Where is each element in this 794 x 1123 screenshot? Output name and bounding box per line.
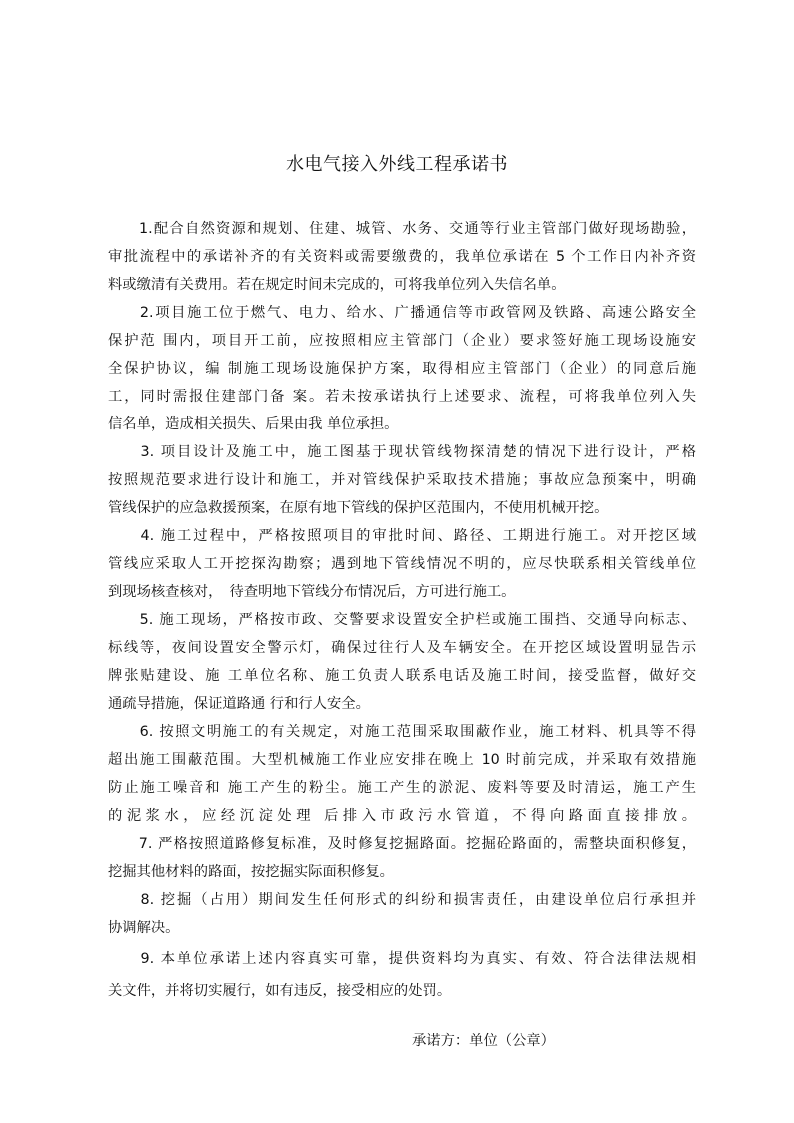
paragraph-line: 4. 施工过程中，严格按照项目的审批时间、路径、工期进行施工。对开挖区域 <box>108 525 696 545</box>
paragraph-line: 2.项目施工位于燃气、电力、给水、广播通信等市政管网及铁路、高速公路安全 <box>108 302 696 322</box>
paragraph-line: 牌张贴建设、施 工单位名称、施工负责人联系电话及施工时间，接受监督，做好交 <box>108 665 696 685</box>
paragraph-line: 9. 本单位承诺上述内容真实可靠，提供资料均为真实、有效、符合法律法规相 <box>108 948 696 968</box>
document-page: 水电气接入外线工程承诺书 1.配合自然资源和规划、住建、城管、水务、交通等行业主… <box>0 0 794 1123</box>
paragraph-line: 协调解决。 <box>108 917 696 937</box>
paragraph-line: 5. 施工现场，严格按市政、交警要求设置安全护栏或施工围挡、交通导向标志、 <box>108 609 696 629</box>
paragraph-line: 按照规范要求进行设计和施工，并对管线保护采取技术措施；事故应急预案中，明确 <box>108 469 696 489</box>
paragraph-line: 的泥浆水，应经沉淀处理 后排入市政污水管道，不得向路面直接排放。 <box>108 805 696 825</box>
paragraph-line: 管线保护的应急救援预案，在原有地下管线的保护区范围内，不使用机械开挖。 <box>108 497 696 517</box>
paragraph-line: 超出施工围蔽范围。大型机械施工作业应安排在晚上 10 时前完成，并采取有效措施 <box>108 749 696 769</box>
paragraph-line: 信名单，造成相关损失、后果由我 单位承担。 <box>108 413 696 433</box>
paragraph-line: 6. 按照文明施工的有关规定，对施工范围采取围蔽作业，施工材料、机具等不得 <box>108 721 696 741</box>
paragraph-line: 1.配合自然资源和规划、住建、城管、水务、交通等行业主管部门做好现场勘验， <box>108 218 696 238</box>
paragraph-line: 标线等，夜间设置安全警示灯，确保过往行人及车辆安全。在开挖区域设置明显告示 <box>108 637 696 657</box>
paragraph-line: 8. 挖掘（占用）期间发生任何形式的纠纷和损害责任，由建设单位启行承担并 <box>108 889 696 909</box>
paragraph-line: 通疏导措施，保证道路通 行和行人安全。 <box>108 693 696 713</box>
paragraph-line: 管线应采取人工开挖探沟勘察；遇到地下管线情况不明的，应尽快联系相关管线单位 <box>108 553 696 573</box>
paragraph-line: 工，同时需报住建部门备 案。若未按承诺执行上述要求、流程，可将我单位列入失 <box>108 386 696 406</box>
paragraph-line: 挖掘其他材料的路面，按挖掘实际面积修复。 <box>108 861 696 881</box>
paragraph-line: 防止施工噪音和 施工产生的粉尘。施工产生的淤泥、废料等要及时清运，施工产生 <box>108 777 696 797</box>
document-title: 水电气接入外线工程承诺书 <box>0 150 794 176</box>
paragraph-line: 关文件，并将切实履行，如有违反，接受相应的处罚。 <box>108 980 696 1000</box>
paragraph-line: 7. 严格按照道路修复标准，及时修复挖掘路面。挖掘砼路面的，需整块面积修复， <box>108 833 696 853</box>
paragraph-line: 3. 项目设计及施工中，施工图基于现状管线物探清楚的情况下进行设计，严格 <box>108 441 696 461</box>
paragraph-line: 全保护协议，编 制施工现场设施保护方案，取得相应主管部门（企业）的同意后施 <box>108 358 696 378</box>
signature-line: 承诺方：单位（公章） <box>412 1030 555 1050</box>
paragraph-line: 到现场核查核对， 待查明地下管线分布情况后，方可进行施工。 <box>108 581 696 601</box>
paragraph-line: 审批流程中的承诺补齐的有关资料或需要缴费的，我单位承诺在 5 个工作日内补齐资 <box>108 246 696 266</box>
paragraph-line: 料或缴清有关费用。若在规定时间未完成的，可将我单位列入失信名单。 <box>108 274 696 294</box>
paragraph-line: 保护范 围内，项目开工前，应按照相应主管部门（企业）要求签好施工现场设施安 <box>108 330 696 350</box>
